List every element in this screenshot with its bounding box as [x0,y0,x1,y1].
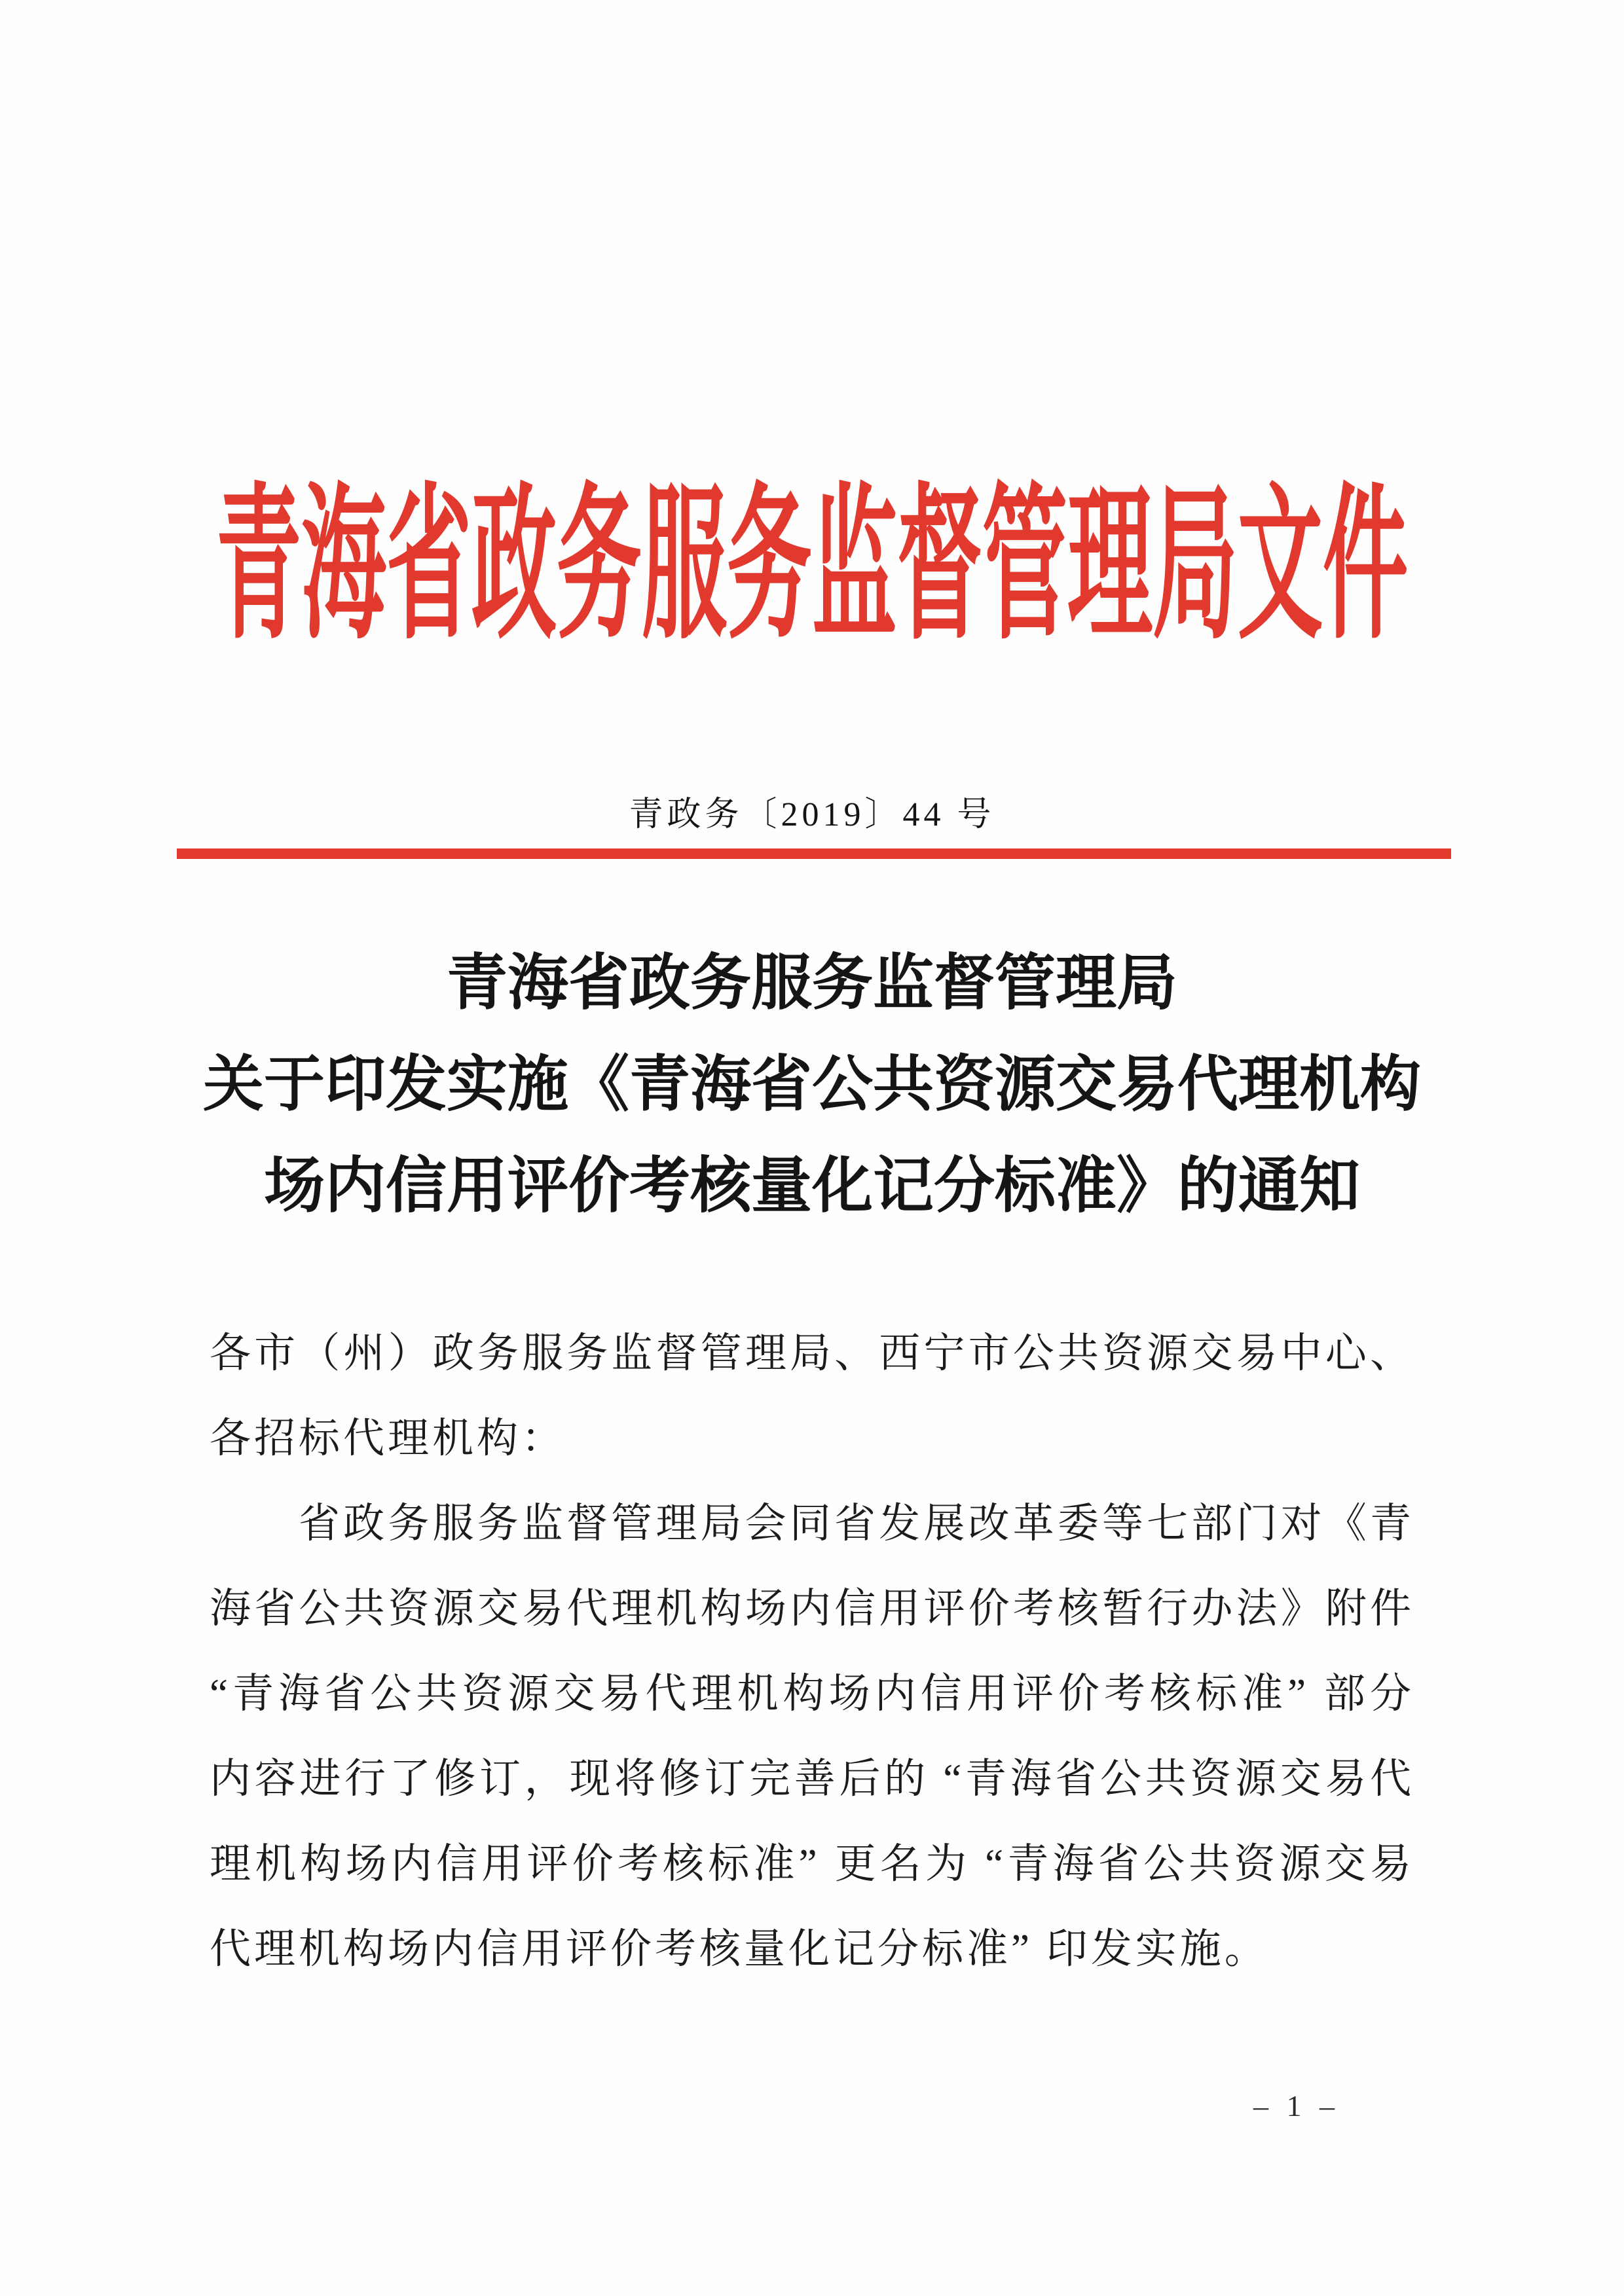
paragraph-line-5: 理机构场内信用评价考核标准” 更名为 “青海省公共资源交易 [210,1821,1414,1906]
paragraph-line-1: 省政务服务监督管理局会同省发展改革委等七部门对《青 [210,1481,1414,1566]
document-number: 青政务〔2019〕44 号 [0,793,1624,837]
paragraph-line-6: 代理机构场内信用评价考核量化记分标准” 印发实施。 [210,1906,1414,1992]
paragraph-line-2: 海省公共资源交易代理机构场内信用评价考核暂行办法》附件 [210,1566,1414,1651]
red-header-banner: 青海省政务服务监督管理局文件 [0,469,1624,665]
notice-title-line-3: 场内信用评价考核量化记分标准》的通知 [0,1136,1624,1237]
salutation-line-1: 各市（州）政务服务监督管理局、西宁市公共资源交易中心、 [210,1311,1414,1396]
page-number: – 1 – [1231,2087,1362,2125]
notice-title-line-2: 关于印发实施《青海省公共资源交易代理机构 [0,1034,1624,1136]
notice-body: 各市（州）政务服务监督管理局、西宁市公共资源交易中心、 各招标代理机构： 省政务… [210,1311,1414,1992]
notice-title-line-1: 青海省政务服务监督管理局 [0,933,1624,1034]
agency-banner-title: 青海省政务服务监督管理局文件 [216,467,1408,667]
red-separator-line [177,848,1451,859]
paragraph-line-4: 内容进行了修订，现将修订完善后的 “青海省公共资源交易代 [210,1736,1414,1821]
document-page: 青海省政务服务监督管理局文件 青政务〔2019〕44 号 青海省政务服务监督管理… [0,0,1624,2296]
notice-title: 青海省政务服务监督管理局 关于印发实施《青海省公共资源交易代理机构 场内信用评价… [0,933,1624,1237]
paragraph-line-3: “青海省公共资源交易代理机构场内信用评价考核标准” 部分 [210,1651,1414,1736]
salutation-line-2: 各招标代理机构： [210,1396,1414,1481]
